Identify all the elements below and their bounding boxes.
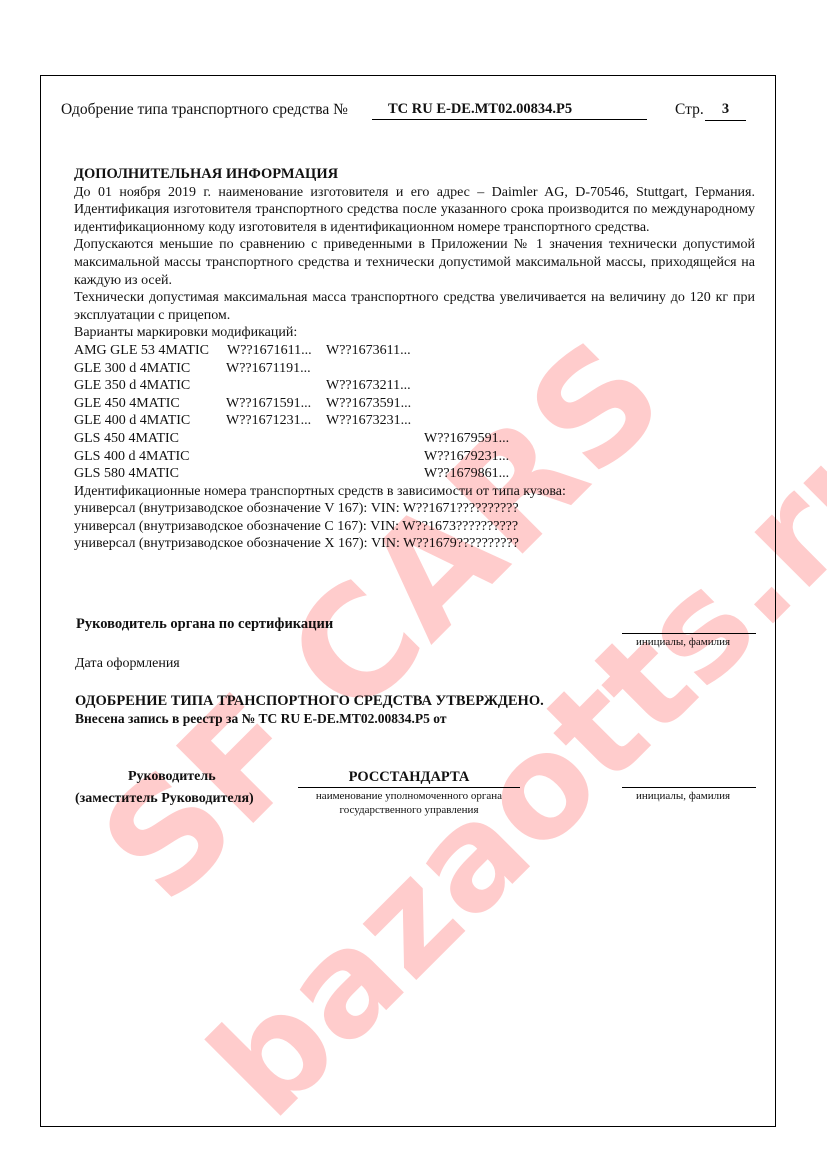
variant-c167: W??1673211... bbox=[326, 377, 411, 395]
vin-x167: универсал (внутризаводское обозначение X… bbox=[74, 535, 755, 553]
variant-row: GLE 400 d 4MATIC W??1671231... W??167323… bbox=[74, 412, 755, 430]
variant-row: GLS 450 4MATIC W??1679591... bbox=[74, 430, 755, 448]
signature-line bbox=[622, 633, 756, 634]
page-number: 3 bbox=[705, 101, 746, 121]
variant-row: GLE 350 d 4MATIC W??1673211... bbox=[74, 377, 755, 395]
head-label: Руководитель bbox=[128, 769, 216, 785]
variant-row: GLS 400 d 4MATIC W??1679231... bbox=[74, 448, 755, 466]
variant-x167: W??1679861... bbox=[424, 465, 509, 483]
variant-x167: W??1679591... bbox=[424, 430, 509, 448]
variant-model: GLE 350 d 4MATIC bbox=[74, 377, 190, 395]
vin-c167: универсал (внутризаводское обозначение C… bbox=[74, 518, 755, 536]
variant-row: GLS 580 4MATIC W??1679861... bbox=[74, 465, 755, 483]
variants-label: Варианты маркировки модификаций: bbox=[74, 324, 755, 342]
variant-row: AMG GLE 53 4MATIC W??1671611... W??16736… bbox=[74, 342, 755, 360]
variant-model: GLE 300 d 4MATIC bbox=[74, 360, 190, 378]
cert-head-label: Руководитель органа по сертификации bbox=[76, 616, 333, 633]
variant-v167: W??1671591... bbox=[226, 395, 311, 413]
vin-label: Идентификационные номера транспортных ср… bbox=[74, 483, 755, 501]
initials-caption: инициалы, фамилия bbox=[636, 636, 730, 648]
initials-caption-2: инициалы, фамилия bbox=[636, 790, 730, 802]
paragraph-mass-reduction: Допускаются меньшие по сравнению с приве… bbox=[74, 236, 755, 289]
variant-c167: W??1673591... bbox=[326, 395, 411, 413]
variants-list: AMG GLE 53 4MATIC W??1671611... W??16736… bbox=[74, 342, 755, 483]
variant-c167: W??1673231... bbox=[326, 412, 411, 430]
authority-caption-1: наименование уполномоченного органа bbox=[298, 790, 520, 802]
signature-line-2 bbox=[622, 787, 756, 788]
variant-model: GLS 450 4MATIC bbox=[74, 430, 179, 448]
variant-row: GLE 300 d 4MATIC W??1671191... bbox=[74, 360, 755, 378]
header-title: Одобрение типа транспортного средства № bbox=[61, 101, 348, 119]
variant-model: GLS 400 d 4MATIC bbox=[74, 448, 190, 466]
deputy-label: (заместитель Руководителя) bbox=[75, 791, 254, 807]
paragraph-trailer-mass: Технически допустимая максимальная масса… bbox=[74, 289, 755, 324]
authority-name: РОССТАНДАРТА bbox=[298, 769, 520, 786]
page-label: Стр. bbox=[675, 101, 704, 119]
registry-entry: Внесена запись в реестр за № ТС RU E-DE.… bbox=[75, 711, 447, 727]
variant-c167: W??1673611... bbox=[326, 342, 411, 360]
approved-statement: ОДОБРЕНИЕ ТИПА ТРАНСПОРТНОГО СРЕДСТВА УТ… bbox=[75, 693, 544, 710]
vin-v167: универсал (внутризаводское обозначение V… bbox=[74, 500, 755, 518]
variant-model: GLE 450 4MATIC bbox=[74, 395, 180, 413]
paragraph-manufacturer: До 01 ноября 2019 г. наименование изгото… bbox=[74, 184, 755, 237]
variant-row: GLE 450 4MATIC W??1671591... W??1673591.… bbox=[74, 395, 755, 413]
variant-model: GLE 400 d 4MATIC bbox=[74, 412, 190, 430]
authority-caption-2: государственного управления bbox=[298, 804, 520, 816]
additional-info-section: ДОПОЛНИТЕЛЬНАЯ ИНФОРМАЦИЯ До 01 ноября 2… bbox=[74, 166, 755, 553]
approval-number: ТС RU E-DE.MT02.00834.P5 bbox=[372, 101, 647, 120]
variant-v167: W??1671231... bbox=[226, 412, 311, 430]
variant-v167: W??1671191... bbox=[226, 360, 311, 378]
authority-line bbox=[298, 787, 520, 788]
variant-model: AMG GLE 53 4MATIC bbox=[74, 342, 209, 360]
variant-v167: W??1671611... bbox=[227, 342, 312, 360]
variant-model: GLS 580 4MATIC bbox=[74, 465, 179, 483]
section-heading: ДОПОЛНИТЕЛЬНАЯ ИНФОРМАЦИЯ bbox=[74, 166, 755, 184]
date-label: Дата оформления bbox=[75, 656, 180, 672]
variant-x167: W??1679231... bbox=[424, 448, 509, 466]
